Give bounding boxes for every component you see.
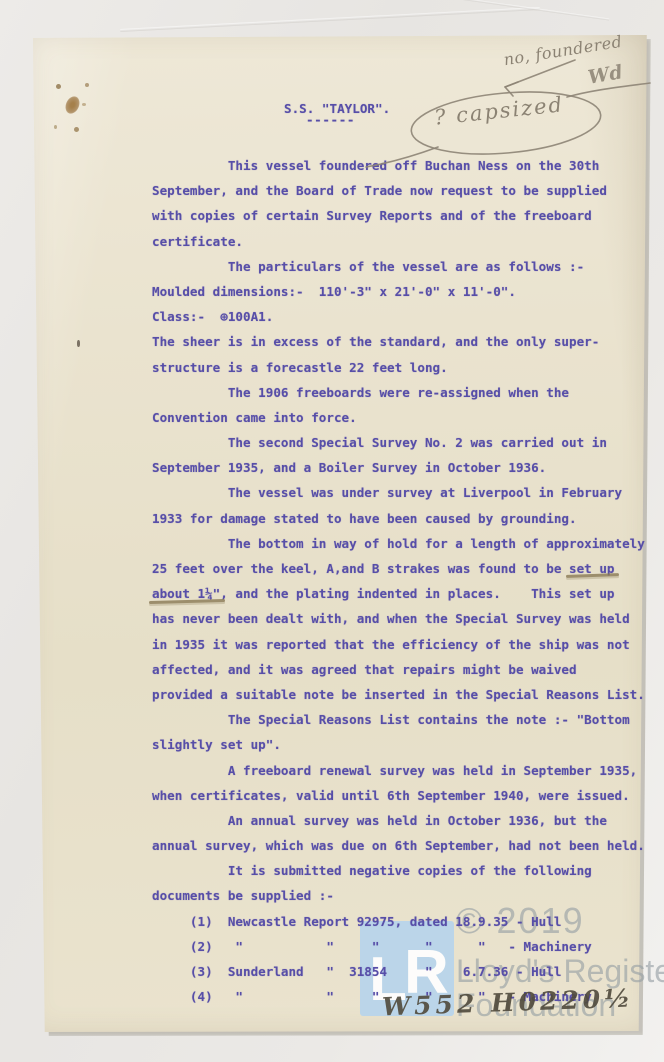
typed-line: Convention came into force. [152,405,645,430]
typed-line: The sheer is in excess of the standard, … [152,329,645,354]
typed-line: has never been dealt with, and when the … [152,606,645,631]
paper-stain [82,103,86,106]
typed-line: slightly set up". [152,732,645,757]
typed-line: provided a suitable note be inserted in … [152,682,645,707]
typed-line: It is submitted negative copies of the f… [152,858,645,883]
typed-line: September 1935, and a Boiler Survey in O… [152,455,645,480]
typed-line: when certificates, valid until 6th Septe… [152,783,645,808]
paper-speck [77,340,80,347]
typed-line: certificate. [152,229,645,254]
typed-line: This vessel foundered off Buchan Ness on… [152,153,645,178]
typed-line: structure is a forecastle 22 feet long. [152,355,645,380]
typed-line: The vessel was under survey at Liverpool… [152,480,645,505]
title-underline: ------ [306,112,355,127]
typed-line: annual survey, which was due on 6th Sept… [152,833,645,858]
typed-line: 25 feet over the keel, A,and B strakes w… [152,556,645,581]
paper-stain [56,84,61,89]
paper-stain [85,83,89,87]
typed-line: about 1¼", and the plating indented in p… [152,581,645,606]
typed-line: Moulded dimensions:- 110'-3" x 21'-0" x … [152,279,645,304]
typed-line: A freeboard renewal survey was held in S… [152,758,645,783]
typed-line: documents be supplied :- [152,883,645,908]
paper-stain [74,127,79,132]
paper-stain [54,125,57,129]
typed-line: (2) " " " " " - Machinery [152,934,645,959]
typed-line: The second Special Survey No. 2 was carr… [152,430,645,455]
typed-line: An annual survey was held in October 193… [152,808,645,833]
typed-line: The bottom in way of hold for a length o… [152,531,645,556]
typed-line: Class:- ⊕100A1. [152,304,645,329]
background-crease [120,7,540,32]
typed-line: September, and the Board of Trade now re… [152,178,645,203]
scanned-document-photo: L R © 2019 Lloyd's Register Foundation S… [0,0,664,1062]
typed-line: The Special Reasons List contains the no… [152,707,645,732]
typed-line: The particulars of the vessel are as fol… [152,254,645,279]
typed-line: The 1906 freeboards were re-assigned whe… [152,380,645,405]
typed-line: affected, and it was agreed that repairs… [152,657,645,682]
typed-body: This vessel foundered off Buchan Ness on… [152,153,645,1009]
background-crease [431,0,610,21]
typed-line: with copies of certain Survey Reports an… [152,203,645,228]
typed-line: (3) Sunderland " 31854 " 6.7.36 - Hull [152,959,645,984]
typed-line: (1) Newcastle Report 92975, dated 18.9.3… [152,909,645,934]
typed-line: 1933 for damage stated to have been caus… [152,506,645,531]
typed-line: in 1935 it was reported that the efficie… [152,632,645,657]
